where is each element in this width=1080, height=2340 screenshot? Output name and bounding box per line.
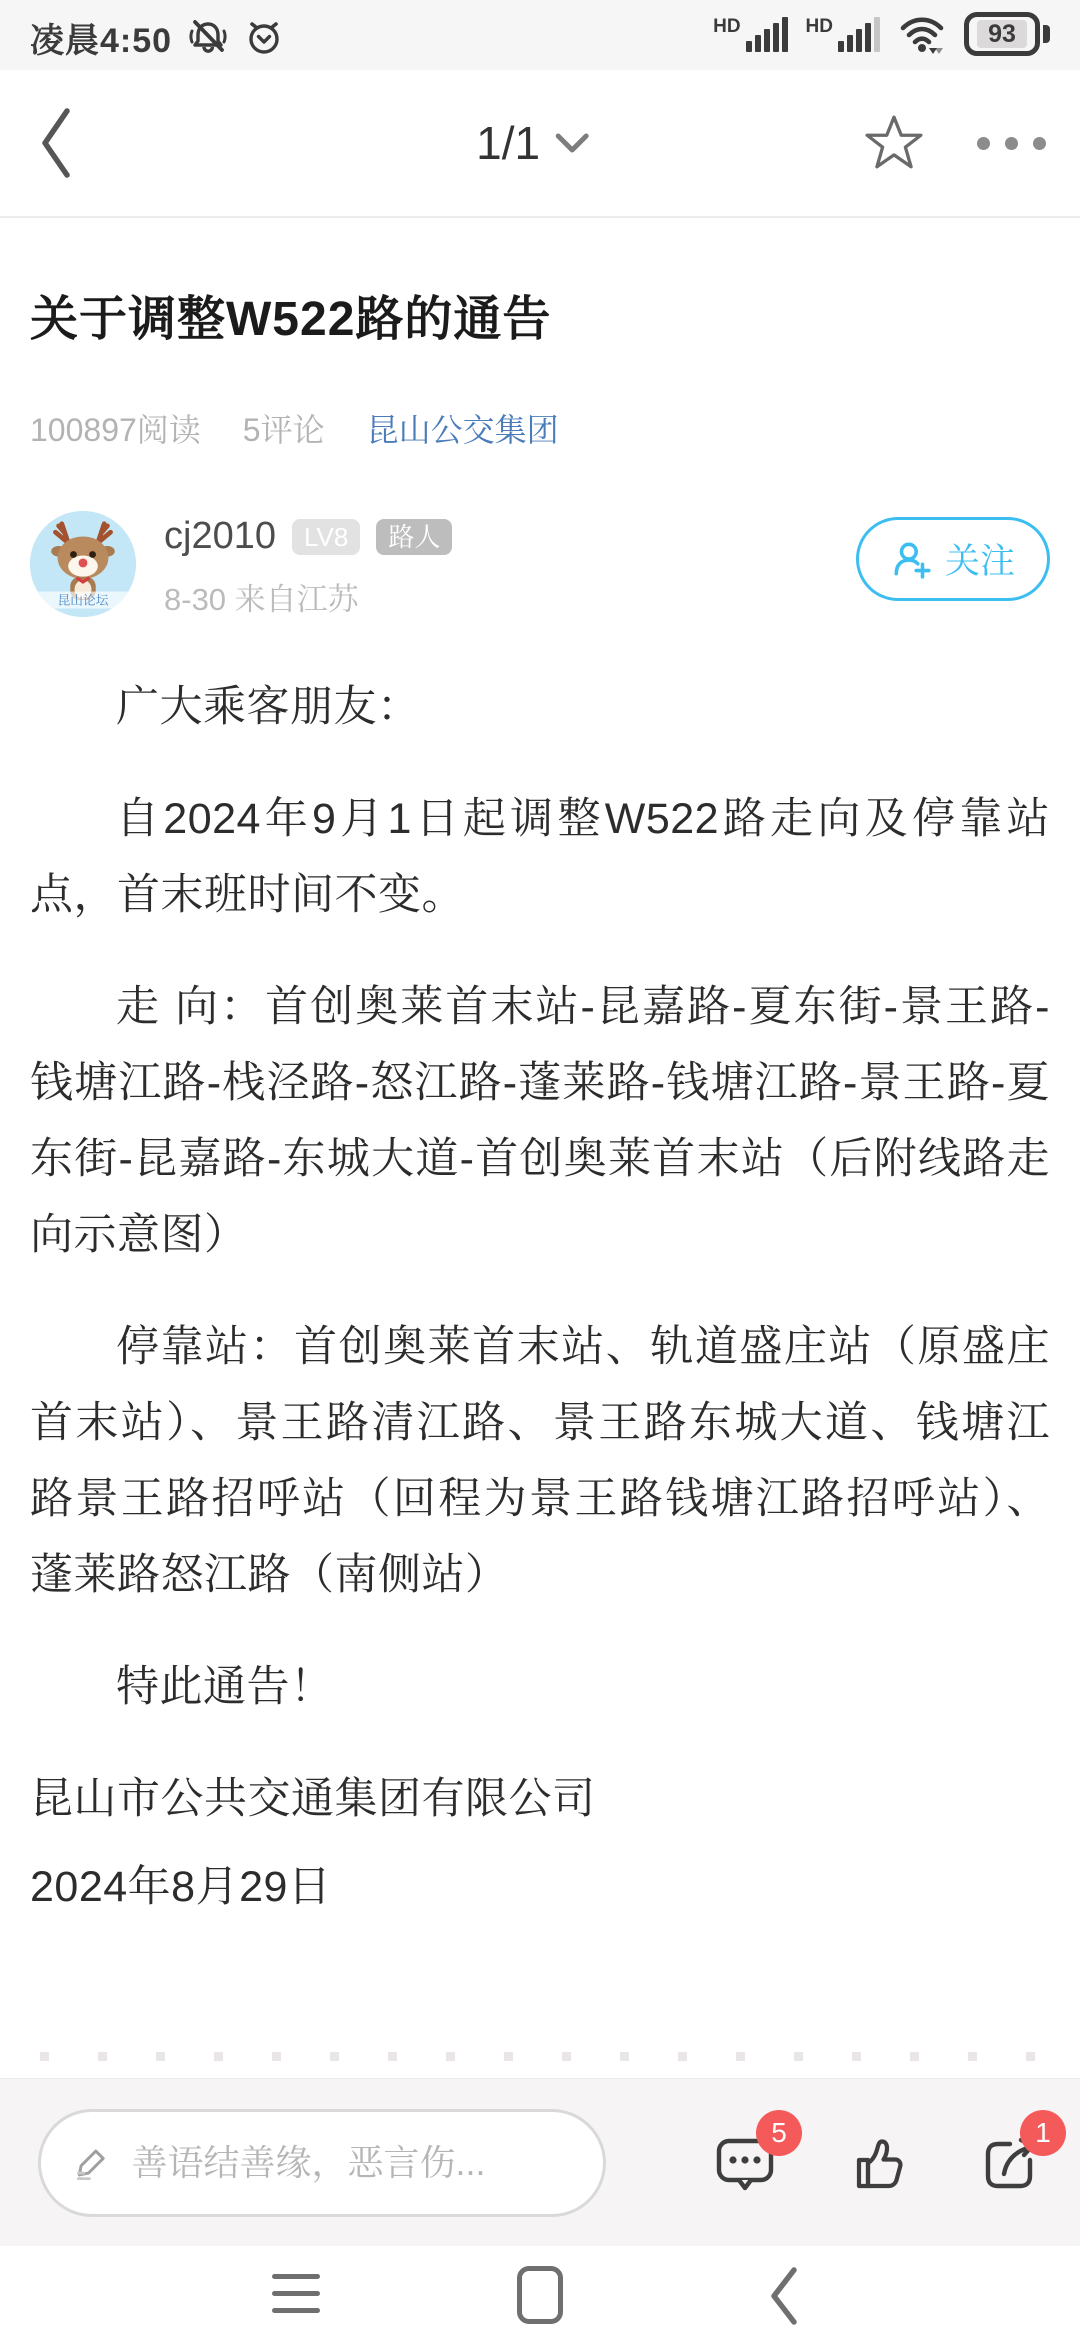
status-bar: 凌晨4:50 HD HD [0,0,1080,70]
share-badge: 1 [1020,2110,1066,2156]
hd-label: HD [806,16,833,38]
post-meta: 8-30 来自江苏 [164,574,452,619]
clock-time: 凌晨4:50 [30,13,172,62]
svg-text:昆山论坛: 昆山论坛 [58,592,109,607]
page-title: 关于调整W522路的通告 [30,280,1050,349]
paragraph: 广大乘客朋友： [30,669,1050,745]
article-body: 广大乘客朋友： 自2024年9月1日起调整W522路走向及停靠站点，首末班时间不… [30,669,1050,1925]
wifi-icon [898,12,946,56]
pencil-icon [71,2140,111,2186]
alarm-clock-icon [244,17,284,57]
comment-badge: 5 [756,2110,802,2156]
page-indicator-label: 1/1 [476,116,540,170]
avatar[interactable]: 昆山论坛 [30,511,136,617]
person-add-icon [891,538,933,580]
comment-input[interactable] [131,2142,573,2184]
comment-input-pill[interactable] [38,2109,606,2217]
paragraph: 特此通告！ [30,1649,1050,1725]
thumbs-up-icon [844,2130,910,2196]
signature-company: 昆山市公共交通集团有限公司 [30,1761,1050,1837]
battery-icon: 93 [964,12,1050,56]
signature-date: 2024年8月29日 [30,1849,1050,1925]
read-count: 100897阅读 [30,405,201,451]
comments-button[interactable]: 5 [712,2130,778,2196]
source-link[interactable]: 昆山公交集团 [367,405,559,451]
star-favorite-icon[interactable] [863,112,925,174]
system-nav-bar [0,2246,1080,2340]
username[interactable]: cj2010 [164,515,276,558]
signal-sim1-icon: HD [713,17,787,52]
app-header: 1/1 [0,70,1080,218]
mute-bell-icon [188,17,228,57]
follow-button[interactable]: 关注 [856,517,1050,601]
paragraph: 自2024年9月1日起调整W522路走向及停靠站点，首末班时间不变。 [30,781,1050,933]
clipped-text-remnant [40,2052,1040,2061]
article-meta: 100897阅读 5评论 昆山公交集团 [30,405,1050,451]
share-button[interactable]: 1 [976,2130,1042,2196]
home-button[interactable] [517,2266,563,2324]
paragraph: 停靠站：首创奥莱首末站、轨道盛庄站（原盛庄首末站）、景王路清江路、景王路东城大道… [30,1309,1050,1613]
comment-count: 5评论 [243,405,325,451]
hd-label: HD [713,16,740,38]
paragraph: 走 向：首创奥莱首末站-昆嘉路-夏东街-景王路-钱塘江路-栈泾路-怒江路-蓬莱路… [30,969,1050,1273]
comment-bar: 5 1 [0,2078,1080,2246]
status-right: HD HD 93 [713,8,1050,62]
article-content: 关于调整W522路的通告 100897阅读 5评论 昆山公交集团 [0,218,1080,1925]
signal-sim2-icon: HD [806,17,880,52]
more-menu-icon[interactable] [977,137,1046,150]
like-button[interactable] [844,2130,910,2196]
back-icon[interactable] [34,101,78,185]
chevron-down-icon [554,131,590,155]
recent-apps-button[interactable] [272,2274,320,2313]
status-left: 凌晨4:50 [30,9,284,62]
level-badge: LV8 [292,519,360,555]
role-badge: 路人 [376,519,452,555]
nav-back-icon[interactable] [764,2264,804,2328]
author-row: 昆山论坛 cj2010 LV8 路人 8-30 来自江苏 关注 [30,511,1050,619]
follow-label: 关注 [945,534,1015,584]
page-indicator-dropdown[interactable]: 1/1 [476,116,590,170]
battery-percent: 93 [977,20,1027,48]
